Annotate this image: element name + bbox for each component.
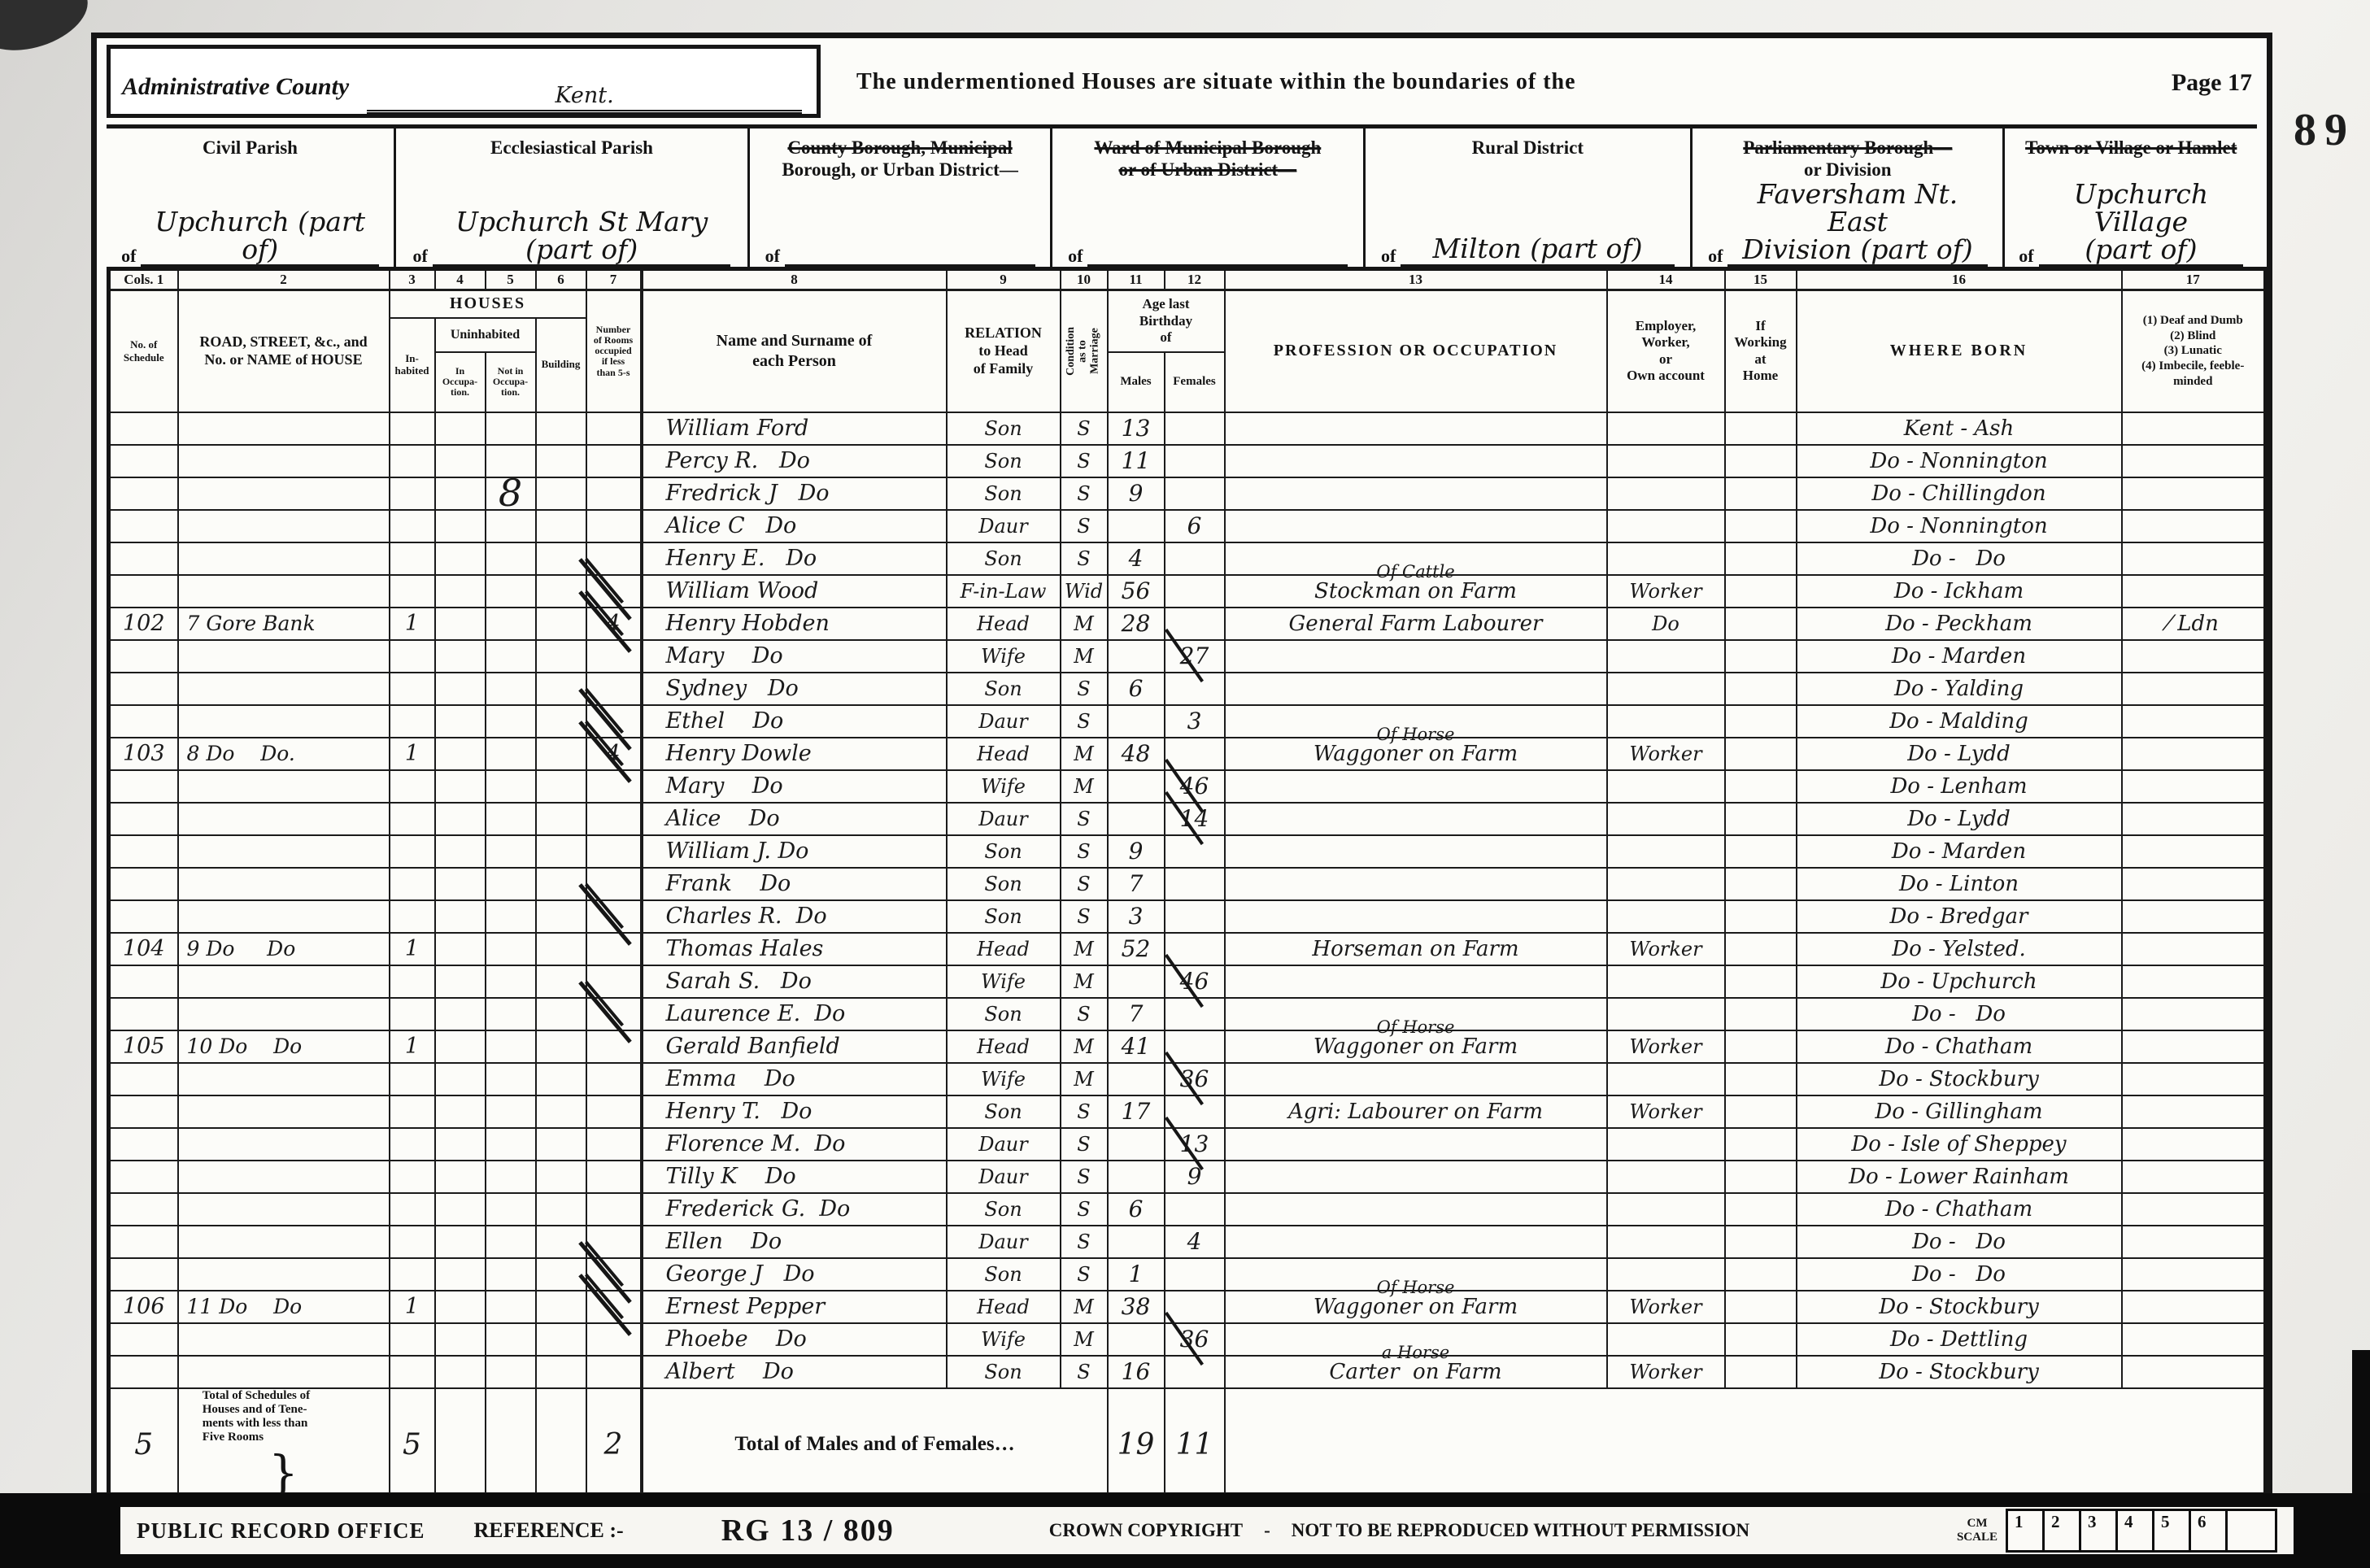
cell-name: Sarah S. Do xyxy=(642,965,947,998)
cell-name: Mary Do xyxy=(642,770,947,803)
cell-working-home xyxy=(1725,1356,1797,1388)
cell-address: 7 Gore Bank xyxy=(178,608,390,640)
cell-relation: Son xyxy=(947,1356,1061,1388)
total-rooms: 2 xyxy=(586,1388,642,1503)
cell-working-home xyxy=(1725,1291,1797,1323)
cell-building xyxy=(536,835,586,868)
cell-schedule: 102 xyxy=(109,608,178,640)
table-row: Mary DoWifeM27Do - Marden xyxy=(109,640,2266,673)
cell-condition: S xyxy=(1061,1095,1108,1128)
cell-schedule: 106 xyxy=(109,1291,178,1323)
cell-where-born: Do - Stockbury xyxy=(1797,1063,2122,1095)
cm-scale-cell: 6 xyxy=(2191,1511,2228,1550)
cell-where-born: Do - Do xyxy=(1797,1226,2122,1258)
cell-working-home xyxy=(1725,575,1797,608)
district-of-label: of xyxy=(121,246,136,267)
district-box: Rural DistrictofMilton (part of) xyxy=(1366,128,1693,273)
cell-inhabited xyxy=(390,510,435,542)
cell-rooms xyxy=(586,1030,642,1063)
table-row: William J. DoSonS9Do - Marden xyxy=(109,835,2266,868)
cell-name: Frank Do xyxy=(642,868,947,900)
column-number: 6 xyxy=(536,269,586,290)
cell-inhabited xyxy=(390,412,435,445)
cell-schedule: 105 xyxy=(109,1030,178,1063)
cell-occupation: Waggoner on FarmOf Horse xyxy=(1225,1291,1607,1323)
cell-name: Henry E. Do xyxy=(642,542,947,575)
cell-rooms xyxy=(586,1128,642,1161)
cell-schedule xyxy=(109,965,178,998)
cell-rooms xyxy=(586,445,642,477)
district-of-label: of xyxy=(1708,246,1723,267)
cell-age-female: 14 xyxy=(1165,803,1225,835)
cell-uninhab-mark xyxy=(486,900,536,933)
cell-name: Thomas Hales xyxy=(642,933,947,965)
cell-where-born: Do - Lydd xyxy=(1797,738,2122,770)
cell-occupation xyxy=(1225,640,1607,673)
scan-artifact xyxy=(2352,1350,2370,1496)
cell-relation: Son xyxy=(947,868,1061,900)
cell-working-home xyxy=(1725,835,1797,868)
cell-relation: Son xyxy=(947,998,1061,1030)
cell-age-male: 41 xyxy=(1108,1030,1165,1063)
cell-age-female: 27 xyxy=(1165,640,1225,673)
table-row: 10611 Do Do1Ernest PepperHeadM38Waggoner… xyxy=(109,1291,2266,1323)
cell-relation: Daur xyxy=(947,1128,1061,1161)
header-not-in-occupation: Not in Occupa- tion. xyxy=(486,352,536,412)
cell-inhabited xyxy=(390,1226,435,1258)
cell-age-male xyxy=(1108,803,1165,835)
column-number: 12 xyxy=(1165,269,1225,290)
district-label-segment: Ward of Municipal Borough xyxy=(1094,137,1321,158)
cell-condition: S xyxy=(1061,542,1108,575)
cell-schedule xyxy=(109,705,178,738)
cm-scale-label: CM SCALE xyxy=(1957,1517,1998,1545)
district-label: County Borough, MunicipalBorough, or Urb… xyxy=(782,137,1018,181)
cell-rooms xyxy=(586,1161,642,1193)
cell-inhabited xyxy=(390,445,435,477)
header-profession: PROFESSION OR OCCUPATION xyxy=(1225,290,1607,412)
cell-infirmity xyxy=(2122,1193,2266,1226)
cell-name: Percy R. Do xyxy=(642,445,947,477)
cell-schedule xyxy=(109,1128,178,1161)
cell-uninhab-mark xyxy=(486,1193,536,1226)
cell-uninhab-occ xyxy=(435,1128,486,1161)
cell-age-female xyxy=(1165,1258,1225,1291)
cell-condition: S xyxy=(1061,1226,1108,1258)
cell-rooms xyxy=(586,933,642,965)
cell-schedule xyxy=(109,1323,178,1356)
district-box: Ward of Municipal Boroughor of Urban Dis… xyxy=(1052,128,1365,273)
cell-inhabited xyxy=(390,1258,435,1291)
table-row: Frank DoSonS7Do - Linton xyxy=(109,868,2266,900)
cell-relation: Son xyxy=(947,477,1061,510)
table-row: Sarah S. DoWifeM46Do - Upchurch xyxy=(109,965,2266,998)
reproduction-notice: NOT TO BE REPRODUCED WITHOUT PERMISSION xyxy=(1292,1520,1749,1541)
cell-address xyxy=(178,445,390,477)
cell-age-male xyxy=(1108,1161,1165,1193)
cell-age-male xyxy=(1108,1323,1165,1356)
cell-infirmity xyxy=(2122,998,2266,1030)
total-females: 11 xyxy=(1165,1388,1225,1503)
cell-employment xyxy=(1607,1063,1725,1095)
cell-age-male: 48 xyxy=(1108,738,1165,770)
district-label: Parliamentary Borough—or Division xyxy=(1743,137,1952,181)
reference-label: REFERENCE :- xyxy=(474,1518,624,1543)
district-value: Upchurch St Mary (part of) xyxy=(433,208,731,267)
cell-age-female: 13 xyxy=(1165,1128,1225,1161)
table-row: Laurence E. DoSonS7Do - Do xyxy=(109,998,2266,1030)
totals-brace: } xyxy=(268,1445,298,1500)
cell-rooms xyxy=(586,803,642,835)
cell-inhabited xyxy=(390,1063,435,1095)
cell-address: 9 Do Do xyxy=(178,933,390,965)
column-number: 3 xyxy=(390,269,435,290)
cell-condition: S xyxy=(1061,1356,1108,1388)
cell-age-female xyxy=(1165,445,1225,477)
cell-uninhab-mark xyxy=(486,933,536,965)
header-females: Females xyxy=(1165,352,1225,412)
cell-employment: Worker xyxy=(1607,1356,1725,1388)
cell-infirmity xyxy=(2122,673,2266,705)
cell-name: Tilly K Do xyxy=(642,1161,947,1193)
cell-building xyxy=(536,1030,586,1063)
header-no-schedule: No. of Schedule xyxy=(109,290,178,412)
cell-employment xyxy=(1607,1193,1725,1226)
cell-where-born: Do - Isle of Sheppey xyxy=(1797,1128,2122,1161)
cell-age-female: 46 xyxy=(1165,965,1225,998)
cell-inhabited: 1 xyxy=(390,1030,435,1063)
column-numbers-row: Cols. 1234567891011121314151617 xyxy=(109,269,2266,290)
cell-condition: S xyxy=(1061,477,1108,510)
table-row: Phoebe DoWifeM36Do - Dettling xyxy=(109,1323,2266,1356)
cell-age-female xyxy=(1165,835,1225,868)
cell-name: William J. Do xyxy=(642,835,947,868)
occupation-inserted-note: Of Horse xyxy=(1377,725,1455,744)
table-row: 8Fredrick J DoSonS9Do - Chillingdon xyxy=(109,477,2266,510)
cell-where-born: Do - Chatham xyxy=(1797,1193,2122,1226)
cell-rooms xyxy=(586,477,642,510)
boundary-statement: The undermentioned Houses are situate wi… xyxy=(856,69,1576,95)
cell-address: 11 Do Do xyxy=(178,1291,390,1323)
cell-infirmity xyxy=(2122,835,2266,868)
cell-age-male: 6 xyxy=(1108,1193,1165,1226)
table-row: Tilly K DoDaurS9Do - Lower Rainham xyxy=(109,1161,2266,1193)
cell-uninhab-occ xyxy=(435,575,486,608)
header-condition: Condition as to Marriage xyxy=(1061,290,1108,412)
cell-name: Henry Hobden xyxy=(642,608,947,640)
district-of-label: of xyxy=(765,246,780,267)
cell-uninhab-occ xyxy=(435,1030,486,1063)
cell-uninhab-occ xyxy=(435,412,486,445)
occupation-inserted-note: Of Cattle xyxy=(1376,562,1454,581)
cell-building xyxy=(536,770,586,803)
district-label-segment: Parliamentary Borough— xyxy=(1743,137,1952,158)
cell-building xyxy=(536,1226,586,1258)
cell-employment xyxy=(1607,998,1725,1030)
district-of-label: of xyxy=(413,246,428,267)
cell-address xyxy=(178,803,390,835)
cell-condition: S xyxy=(1061,900,1108,933)
cell-infirmity xyxy=(2122,933,2266,965)
cell-condition: S xyxy=(1061,1193,1108,1226)
cell-building xyxy=(536,738,586,770)
cell-inhabited xyxy=(390,673,435,705)
table-row: 1049 Do Do1Thomas HalesHeadM52Horseman o… xyxy=(109,933,2266,965)
cell-inhabited: 1 xyxy=(390,608,435,640)
cell-infirmity xyxy=(2122,1161,2266,1193)
top-strip: Administrative County Kent. The undermen… xyxy=(107,45,2257,124)
cell-uninhab-mark xyxy=(486,412,536,445)
occupation-inserted-note: Of Horse xyxy=(1377,1017,1455,1037)
cell-relation: Son xyxy=(947,1193,1061,1226)
column-number: 5 xyxy=(486,269,536,290)
totals-row: 5 Total of Schedules of Houses and of Te… xyxy=(109,1388,2266,1503)
cell-uninhab-occ xyxy=(435,477,486,510)
table-row: Mary DoWifeM46Do - Lenham xyxy=(109,770,2266,803)
cell-age-female xyxy=(1165,1030,1225,1063)
cell-employment xyxy=(1607,803,1725,835)
cell-occupation: Agri: Labourer on Farm xyxy=(1225,1095,1607,1128)
cell-uninhab-occ xyxy=(435,835,486,868)
cell-inhabited xyxy=(390,542,435,575)
cell-condition: S xyxy=(1061,998,1108,1030)
district-value xyxy=(1087,235,1347,267)
cell-relation: Wife xyxy=(947,965,1061,998)
district-box: Ecclesiastical ParishofUpchurch St Mary … xyxy=(396,128,750,273)
cell-name: Ernest Pepper xyxy=(642,1291,947,1323)
cell-relation: Son xyxy=(947,835,1061,868)
cell-employment xyxy=(1607,868,1725,900)
cell-name: Alice C Do xyxy=(642,510,947,542)
cell-infirmity xyxy=(2122,575,2266,608)
cell-inhabited: 1 xyxy=(390,1291,435,1323)
cell-relation: Son xyxy=(947,1258,1061,1291)
cell-uninhab-mark xyxy=(486,1291,536,1323)
cell-name: George J Do xyxy=(642,1258,947,1291)
cell-uninhab-mark xyxy=(486,770,536,803)
cell-schedule xyxy=(109,510,178,542)
district-label-segment: or of Urban District— xyxy=(1119,159,1297,180)
record-office-label: PUBLIC RECORD OFFICE xyxy=(137,1518,425,1544)
table-row: Albert DoSonS16Carter on Farma HorseWork… xyxy=(109,1356,2266,1388)
cell-occupation: General Farm Labourer xyxy=(1225,608,1607,640)
cell-address xyxy=(178,1193,390,1226)
cell-rooms xyxy=(586,1291,642,1323)
cell-employment xyxy=(1607,965,1725,998)
cell-employment xyxy=(1607,770,1725,803)
cell-working-home xyxy=(1725,1030,1797,1063)
cell-age-female xyxy=(1165,933,1225,965)
cell-relation: Head xyxy=(947,933,1061,965)
cell-working-home xyxy=(1725,1226,1797,1258)
cell-address xyxy=(178,1356,390,1388)
cell-relation: Daur xyxy=(947,1161,1061,1193)
cell-address xyxy=(178,1161,390,1193)
cell-employment xyxy=(1607,673,1725,705)
cell-name: Emma Do xyxy=(642,1063,947,1095)
cell-address xyxy=(178,868,390,900)
district-label-segment: Civil Parish xyxy=(203,137,298,158)
cell-working-home xyxy=(1725,445,1797,477)
cell-employment xyxy=(1607,542,1725,575)
cell-age-female xyxy=(1165,575,1225,608)
cell-condition: S xyxy=(1061,673,1108,705)
cell-infirmity xyxy=(2122,900,2266,933)
cell-building xyxy=(536,575,586,608)
cell-name: Fredrick J Do xyxy=(642,477,947,510)
cell-age-male: 38 xyxy=(1108,1291,1165,1323)
cell-uninhab-occ xyxy=(435,998,486,1030)
cell-address xyxy=(178,1128,390,1161)
column-number: 10 xyxy=(1061,269,1108,290)
cell-where-born: Do - Malding xyxy=(1797,705,2122,738)
cell-condition: M xyxy=(1061,640,1108,673)
cm-scale-cell xyxy=(2228,1511,2275,1550)
cell-condition: S xyxy=(1061,705,1108,738)
district-label: Rural District xyxy=(1472,137,1584,159)
cell-occupation: Carter on Farma Horse xyxy=(1225,1356,1607,1388)
cell-schedule: 104 xyxy=(109,933,178,965)
cell-uninhab-occ xyxy=(435,1323,486,1356)
cell-working-home xyxy=(1725,705,1797,738)
cell-condition: S xyxy=(1061,510,1108,542)
header-where-born: WHERE BORN xyxy=(1797,290,2122,412)
cell-rooms xyxy=(586,835,642,868)
cell-schedule xyxy=(109,673,178,705)
cell-where-born: Do - Marden xyxy=(1797,640,2122,673)
page-number: Page 17 xyxy=(2172,69,2252,97)
cell-condition: M xyxy=(1061,738,1108,770)
cell-schedule xyxy=(109,998,178,1030)
cell-age-female xyxy=(1165,608,1225,640)
cell-address xyxy=(178,965,390,998)
cell-relation: Head xyxy=(947,1030,1061,1063)
cell-address xyxy=(178,542,390,575)
cell-infirmity xyxy=(2122,1063,2266,1095)
cell-name: Albert Do xyxy=(642,1356,947,1388)
cell-condition: S xyxy=(1061,868,1108,900)
cell-age-male xyxy=(1108,1226,1165,1258)
cell-inhabited: 1 xyxy=(390,738,435,770)
table-row: Henry T. DoSonS17Agri: Labourer on FarmW… xyxy=(109,1095,2266,1128)
header-name-surname: Name and Surname of each Person xyxy=(642,290,947,412)
cell-name: Alice Do xyxy=(642,803,947,835)
cell-age-male xyxy=(1108,1063,1165,1095)
cm-scale-cell: 5 xyxy=(2154,1511,2191,1550)
cell-building xyxy=(536,1095,586,1128)
cell-relation: Daur xyxy=(947,510,1061,542)
cell-occupation xyxy=(1225,1226,1607,1258)
cm-scale-cell: 3 xyxy=(2081,1511,2118,1550)
table-row: 1038 Do Do.14Henry DowleHeadM48Waggoner … xyxy=(109,738,2266,770)
cell-condition: S xyxy=(1061,412,1108,445)
cell-where-born: Do - Peckham xyxy=(1797,608,2122,640)
cell-where-born: Do - Nonnington xyxy=(1797,510,2122,542)
table-row: Percy R. DoSonS11Do - Nonnington xyxy=(109,445,2266,477)
cell-inhabited xyxy=(390,835,435,868)
separator-dash: - xyxy=(1264,1520,1270,1541)
archive-stamp: 89 xyxy=(2294,104,2355,156)
cell-schedule xyxy=(109,1063,178,1095)
cell-occupation xyxy=(1225,965,1607,998)
cell-infirmity xyxy=(2122,965,2266,998)
cell-address xyxy=(178,900,390,933)
cell-where-born: Do - Chatham xyxy=(1797,1030,2122,1063)
cell-uninhab-occ xyxy=(435,738,486,770)
cell-relation: Head xyxy=(947,738,1061,770)
cell-where-born: Do - Gillingham xyxy=(1797,1095,2122,1128)
cell-working-home xyxy=(1725,933,1797,965)
cell-condition: M xyxy=(1061,1291,1108,1323)
cell-age-female xyxy=(1165,477,1225,510)
cell-uninhab-occ xyxy=(435,1161,486,1193)
cell-infirmity xyxy=(2122,1226,2266,1258)
header-in-occupation: In Occupa- tion. xyxy=(435,352,486,412)
cell-uninhab-occ xyxy=(435,803,486,835)
cell-infirmity xyxy=(2122,412,2266,445)
cell-schedule: 103 xyxy=(109,738,178,770)
cell-where-born: Do - Stockbury xyxy=(1797,1291,2122,1323)
column-number: 17 xyxy=(2122,269,2266,290)
cell-condition: M xyxy=(1061,1063,1108,1095)
cell-relation: Son xyxy=(947,412,1061,445)
column-number: 8 xyxy=(642,269,947,290)
cell-employment xyxy=(1607,1323,1725,1356)
cell-condition: S xyxy=(1061,445,1108,477)
cell-uninhab-mark xyxy=(486,1226,536,1258)
cell-inhabited xyxy=(390,1128,435,1161)
cell-where-born: Kent - Ash xyxy=(1797,412,2122,445)
cell-name: Sydney Do xyxy=(642,673,947,705)
census-table: Cols. 1234567891011121314151617 No. of S… xyxy=(107,267,2268,1505)
cell-age-female xyxy=(1165,1193,1225,1226)
cell-uninhab-mark xyxy=(486,510,536,542)
cell-condition: S xyxy=(1061,835,1108,868)
cell-inhabited xyxy=(390,900,435,933)
cell-occupation xyxy=(1225,412,1607,445)
occupation-inserted-note: Of Horse xyxy=(1377,1278,1455,1297)
cell-rooms xyxy=(586,900,642,933)
cell-age-male: 13 xyxy=(1108,412,1165,445)
cell-address xyxy=(178,1063,390,1095)
district-value-row: ofMilton (part of) xyxy=(1381,235,1675,273)
archive-reference-strip: PUBLIC RECORD OFFICE REFERENCE :- RG 13 … xyxy=(120,1507,2294,1554)
cell-uninhab-mark xyxy=(486,738,536,770)
cell-relation: Son xyxy=(947,542,1061,575)
cell-occupation: Waggoner on FarmOf Horse xyxy=(1225,1030,1607,1063)
cell-age-male: 17 xyxy=(1108,1095,1165,1128)
cell-rooms xyxy=(586,640,642,673)
cell-employment xyxy=(1607,1226,1725,1258)
district-of-label: of xyxy=(2019,246,2033,267)
cell-condition: Wid xyxy=(1061,575,1108,608)
column-number: 7 xyxy=(586,269,642,290)
table-row: William WoodF-in-LawWid56Stockman on Far… xyxy=(109,575,2266,608)
cell-building xyxy=(536,1193,586,1226)
cell-building xyxy=(536,998,586,1030)
district-label-segment: Town or Village or Hamlet xyxy=(2025,137,2237,158)
cell-uninhab-occ xyxy=(435,608,486,640)
cell-infirmity xyxy=(2122,477,2266,510)
cell-uninhab-occ xyxy=(435,1226,486,1258)
cell-working-home xyxy=(1725,412,1797,445)
cell-uninhab-mark xyxy=(486,705,536,738)
cell-where-born: Do - Marden xyxy=(1797,835,2122,868)
cell-age-female xyxy=(1165,542,1225,575)
cell-uninhab-mark xyxy=(486,998,536,1030)
cell-age-female: 36 xyxy=(1165,1323,1225,1356)
column-number: 4 xyxy=(435,269,486,290)
